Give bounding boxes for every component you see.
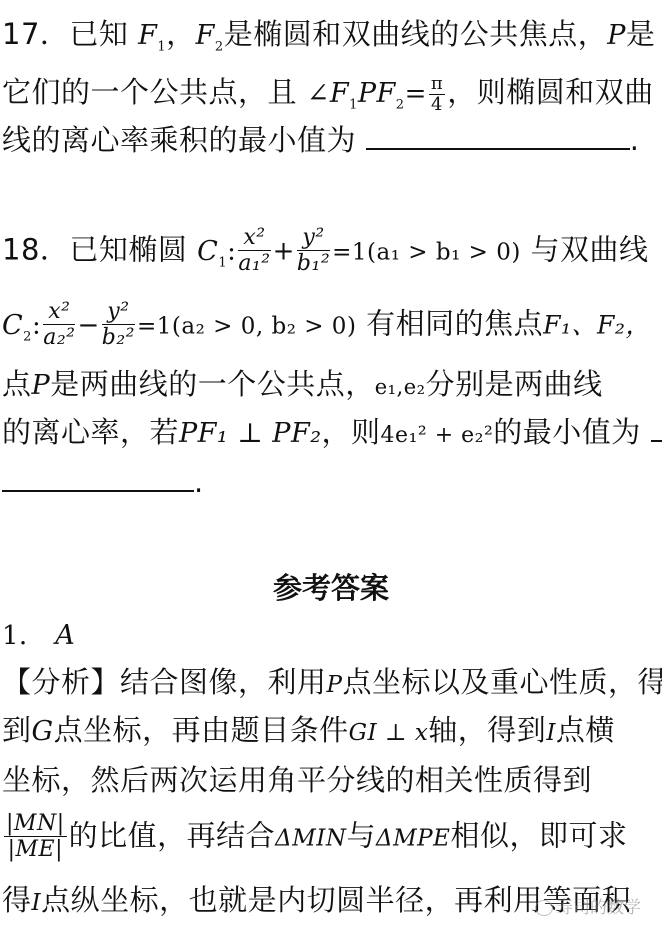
text: 与双曲线	[531, 233, 649, 267]
text: 它们的一个公共点，且	[2, 75, 297, 109]
answer-choice: A	[55, 620, 75, 651]
analysis-line-2: 到G点坐标，再由题目条件GI ⊥ x轴，得到I点横	[2, 710, 662, 753]
text: −	[77, 311, 99, 341]
text: F₁、F₂，	[543, 311, 651, 340]
text: 点坐标，再由题目条件	[54, 713, 349, 747]
text: ，则椭圆和双曲	[447, 75, 654, 109]
text: 的离心率，若	[2, 415, 179, 449]
text: 分别是两曲线	[426, 367, 603, 401]
text: 是两曲线的一个公共点，	[50, 367, 375, 401]
math-perp: PF₁ ⊥ PF₂	[179, 418, 322, 449]
math-triangle-MIN: ΔMIN	[275, 826, 346, 852]
math-G: G	[32, 716, 54, 747]
math-F2: F2	[196, 20, 224, 51]
text: 点坐标以及重心性质，得	[343, 665, 662, 699]
answer-1: 1． A	[2, 614, 662, 656]
analysis-line-1: 【分析】结合图像，利用P点坐标以及重心性质，得	[2, 662, 662, 705]
wechat-icon	[535, 900, 553, 916]
math-P: P	[32, 370, 51, 401]
q18-line-1: 18．已知椭圆 C1:x²a₁²+y²b₁²=1(a₁ > b₁ > 0) 与双…	[2, 226, 662, 283]
text: 是椭圆和双曲线的公共焦点，	[224, 17, 608, 51]
answers-title: 参考答案	[0, 568, 662, 608]
fraction-y2-b2sq: y²b₂²	[102, 300, 135, 351]
text: 【分析】结合图像，利用	[2, 665, 327, 699]
text: 与	[347, 819, 377, 853]
fraction-y2-b1sq: y²b₁²	[297, 226, 330, 277]
math-triangle-MPE: ΔMPE	[376, 826, 450, 852]
text: 点横	[556, 713, 615, 747]
text: .	[194, 465, 204, 499]
answer-blank-part2[interactable]	[2, 484, 194, 492]
text: 已知	[69, 17, 128, 51]
text: 有相同的焦点	[366, 307, 543, 341]
text: =1(a₂ > 0, b₂ > 0)	[137, 314, 356, 340]
q18-line-4: 的离心率，若PF₁ ⊥ PF₂，则4e₁² + e₂²的最小值为	[2, 412, 662, 456]
math-C1: C1	[197, 236, 227, 267]
text: 得	[2, 883, 32, 917]
text: 的最小值为	[493, 415, 641, 449]
math-GI-perp-x: GI ⊥ x	[349, 720, 429, 746]
math-P: P	[327, 672, 343, 698]
text: ，	[166, 17, 196, 51]
math-F1: F1	[138, 20, 166, 51]
text: :	[32, 311, 41, 341]
fraction-pi-over-4: π4	[429, 74, 445, 115]
text: 轴，得到	[428, 713, 546, 747]
fraction-x2-a2sq: x²a₂²	[43, 300, 75, 351]
text: 的比值，再结合	[69, 819, 276, 853]
q18-line-5: .	[2, 462, 662, 502]
text: +	[273, 237, 295, 267]
analysis-line-4: |MN||ME|的比值，再结合ΔMIN与ΔMPE相似，即可求	[2, 812, 662, 863]
text: 坐标，然后两次运用角平分线的相关性质得到	[2, 763, 592, 797]
analysis-line-3: 坐标，然后两次运用角平分线的相关性质得到	[2, 760, 662, 800]
math-expression: 4e₁² + e₂²	[381, 423, 494, 448]
text: .	[630, 123, 640, 157]
answer-blank-part1[interactable]	[651, 434, 662, 442]
fraction-MN-ME: |MN||ME|	[4, 812, 67, 863]
q17-line-1: 17．已知 F1，F2是椭圆和双曲线的公共焦点，P是	[2, 14, 662, 67]
text: 相似，即可求	[450, 819, 627, 853]
q17-number: 17．	[2, 17, 69, 51]
text: e₁,e₂	[375, 375, 426, 399]
math-C2: C2	[2, 310, 32, 341]
text: 到	[2, 713, 32, 747]
math-I: I	[32, 890, 42, 916]
q17-line-2: 它们的一个公共点，且 ∠F1PF2=π4，则椭圆和双曲	[2, 72, 662, 125]
text: 线的离心率乘积的最小值为	[2, 123, 356, 157]
text: 已知椭圆	[69, 233, 187, 267]
q18-line-3: 点P是两曲线的一个公共点，e₁,e₂分别是两曲线	[2, 364, 662, 407]
answer-blank[interactable]	[366, 142, 630, 150]
q17-line-3: 线的离心率乘积的最小值为 .	[2, 120, 662, 160]
watermark: 寿司的数学	[535, 893, 641, 918]
math-P: P	[607, 20, 626, 51]
text: =1(a₁ > b₁ > 0)	[332, 240, 521, 266]
q18-line-2: C2:x²a₂²−y²b₂²=1(a₂ > 0, b₂ > 0) 有相同的焦点F…	[2, 300, 662, 357]
math-angle: ∠F1PF2	[307, 78, 405, 109]
math-I: I	[546, 720, 556, 746]
equals-sign: =	[405, 79, 427, 109]
text: 点	[2, 367, 32, 401]
q18-number: 18．	[2, 233, 69, 267]
watermark-text: 寿司的数学	[556, 898, 641, 918]
fraction-x2-a1sq: x²a₁²	[238, 226, 270, 277]
text: 是	[626, 17, 656, 51]
text: :	[227, 237, 236, 267]
answer-number: 1．	[2, 621, 46, 651]
text: ，则	[322, 415, 381, 449]
